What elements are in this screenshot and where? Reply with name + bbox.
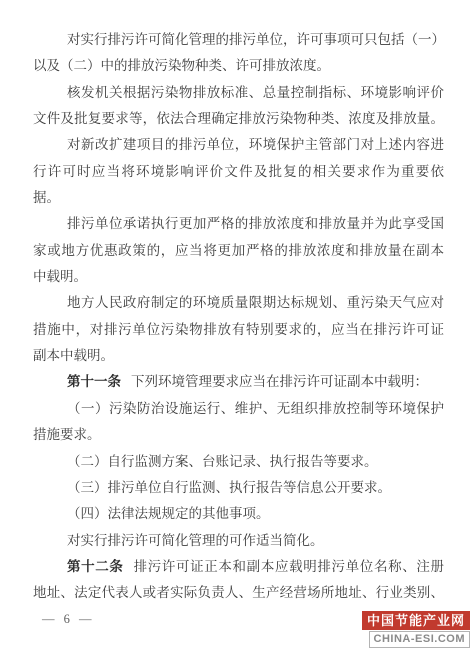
text-line: 家或地方优惠政策的，应当将更加严格的排放浓度和排放量在副本 xyxy=(33,238,444,264)
document-page: 对实行排污许可简化管理的排污单位，许可事项可只包括（一） 以及（二）中的排放污染… xyxy=(0,0,471,651)
text-line-article-12: 第十二条排污许可证正本和副本应载明排污单位名称、注册 xyxy=(33,554,444,580)
line-text: （三）排污单位自行监测、执行报告等信息公开要求。 xyxy=(67,480,391,495)
text-line: （一）污染防治设施运行、维护、无组织排放控制等环境保护 xyxy=(33,396,444,422)
text-line: 以及（二）中的排放污染物种类、许可排放浓度。 xyxy=(33,53,444,79)
article-number-label: 第十一条 xyxy=(67,374,121,389)
line-text: 排污单位承诺执行更加严格的排放浓度和排放量并为此享受国 xyxy=(67,216,444,231)
line-text: 对新改扩建项目的排污单位，环境保护主管部门对上述内容进 xyxy=(67,137,444,152)
line-text: 措施中，对排污单位污染物排放有特别要求的，应当在排污许可证 xyxy=(33,322,444,337)
line-text: 行许可时应当将环境影响评价文件及批复的相关要求作为重要依 xyxy=(33,164,444,179)
text-line: 行许可时应当将环境影响评价文件及批复的相关要求作为重要依 xyxy=(33,159,444,185)
text-line: 副本中载明。 xyxy=(33,343,444,369)
text-line: 中载明。 xyxy=(33,264,444,290)
text-line: 文件及批复要求等，依法合理确定排放污染物种类、浓度及排放量。 xyxy=(33,106,444,132)
line-text: 措施要求。 xyxy=(33,427,101,442)
line-text: 下列环境管理要求应当在排污许可证副本中载明： xyxy=(131,374,428,389)
text-line: 据。 xyxy=(33,185,444,211)
line-text: 对实行排污许可简化管理的可作适当简化。 xyxy=(67,533,324,548)
text-line: 对实行排污许可简化管理的可作适当简化。 xyxy=(33,528,444,554)
line-text: 家或地方优惠政策的，应当将更加严格的排放浓度和排放量在副本 xyxy=(33,243,444,258)
line-text: 副本中载明。 xyxy=(33,348,114,363)
line-text: 核发机关根据污染物排放标准、总量控制指标、环境影响评价 xyxy=(67,85,444,100)
text-line: 地方人民政府制定的环境质量限期达标规划、重污染天气应对 xyxy=(33,290,444,316)
line-text: 据。 xyxy=(33,190,60,205)
line-text: 文件及批复要求等，依法合理确定排放污染物种类、浓度及排放量。 xyxy=(33,111,444,126)
text-line: 核发机关根据污染物排放标准、总量控制指标、环境影响评价 xyxy=(33,80,444,106)
text-line: 地址、法定代表人或者实际负责人、生产经营场所地址、行业类别、 xyxy=(33,580,444,606)
text-line: 措施中，对排污单位污染物排放有特别要求的，应当在排污许可证 xyxy=(33,317,444,343)
line-text: （一）污染防治设施运行、维护、无组织排放控制等环境保护 xyxy=(67,401,444,416)
watermark-site-domain: CHINA-ESI.COM xyxy=(369,631,470,648)
text-line-article-11: 第十一条下列环境管理要求应当在排污许可证副本中载明： xyxy=(33,369,444,395)
text-line: （四）法律法规规定的其他事项。 xyxy=(33,501,444,527)
article-number-label: 第十二条 xyxy=(67,559,124,574)
site-watermark-badge: 中国节能产业网 CHINA-ESI.COM xyxy=(362,611,470,648)
text-line: 措施要求。 xyxy=(33,422,444,448)
line-text: 排污许可证正本和副本应载明排污单位名称、注册 xyxy=(134,559,444,574)
text-line: 对实行排污许可简化管理的排污单位，许可事项可只包括（一） xyxy=(33,27,444,53)
page-number: — 6 — xyxy=(42,612,95,627)
watermark-site-name: 中国节能产业网 xyxy=(362,611,470,630)
text-line: 对新改扩建项目的排污单位，环境保护主管部门对上述内容进 xyxy=(33,132,444,158)
text-line: 排污单位承诺执行更加严格的排放浓度和排放量并为此享受国 xyxy=(33,211,444,237)
document-body: 对实行排污许可简化管理的排污单位，许可事项可只包括（一） 以及（二）中的排放污染… xyxy=(33,27,444,607)
line-text: 地址、法定代表人或者实际负责人、生产经营场所地址、行业类别、 xyxy=(33,585,444,600)
text-line: （二）自行监测方案、台账记录、执行报告等要求。 xyxy=(33,449,444,475)
line-text: 中载明。 xyxy=(33,269,87,284)
line-text: 地方人民政府制定的环境质量限期达标规划、重污染天气应对 xyxy=(67,295,444,310)
text-line: （三）排污单位自行监测、执行报告等信息公开要求。 xyxy=(33,475,444,501)
line-text: （四）法律法规规定的其他事项。 xyxy=(67,506,270,521)
line-text: 对实行排污许可简化管理的排污单位，许可事项可只包括（一） xyxy=(67,32,444,47)
line-text: （二）自行监测方案、台账记录、执行报告等要求。 xyxy=(67,454,378,469)
line-text: 以及（二）中的排放污染物种类、许可排放浓度。 xyxy=(33,58,330,73)
